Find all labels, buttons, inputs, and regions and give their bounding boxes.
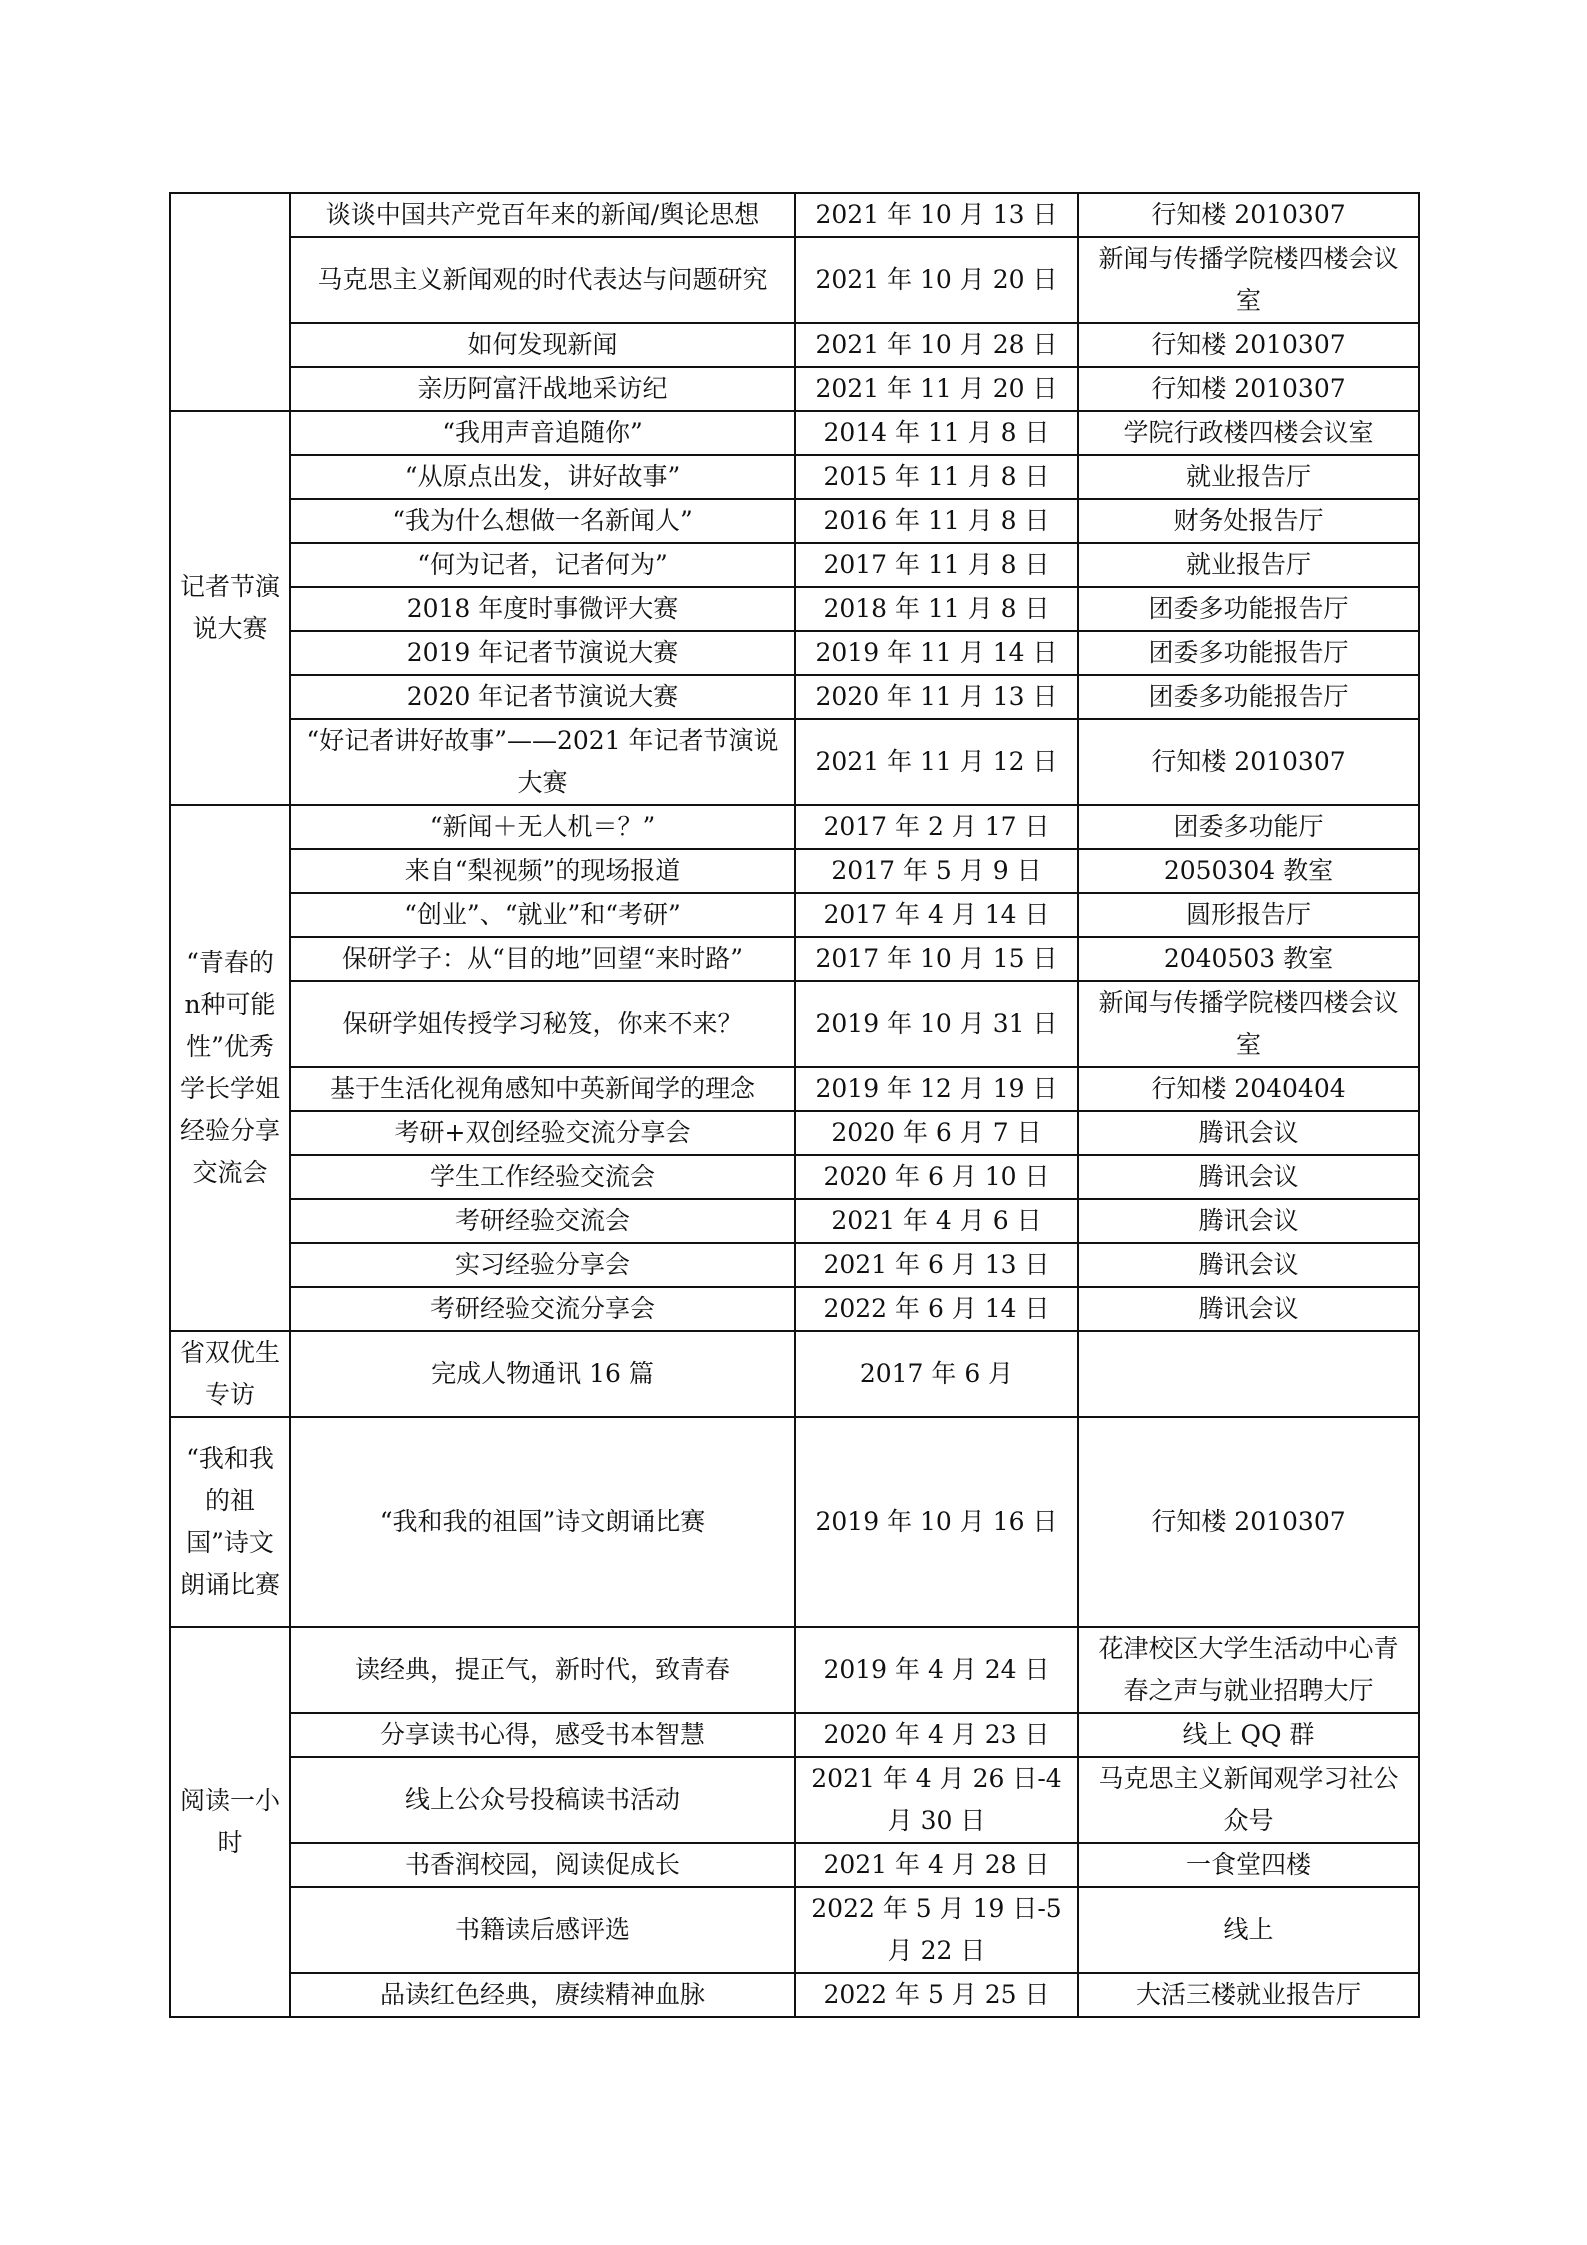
date-cell: 2018 年 11 月 8 日	[795, 587, 1078, 631]
activity-title-cell: “我用声音追随你”	[290, 411, 795, 455]
date-cell: 2019 年 10 月 31 日	[795, 981, 1078, 1067]
category-cell: “我和我的祖国”诗文朗诵比赛	[170, 1417, 290, 1627]
table-row: “何为记者，记者何为”2017 年 11 月 8 日就业报告厅	[170, 543, 1419, 587]
document-page: 谈谈中国共产党百年来的新闻/舆论思想2021 年 10 月 13 日行知楼 20…	[0, 0, 1587, 2245]
activity-title-cell: “我为什么想做一名新闻人”	[290, 499, 795, 543]
location-cell: 新闻与传播学院楼四楼会议室	[1078, 981, 1419, 1067]
date-cell: 2021 年 10 月 13 日	[795, 193, 1078, 237]
table-row: 线上公众号投稿读书活动2021 年 4 月 26 日-4 月 30 日马克思主义…	[170, 1757, 1419, 1843]
location-cell: 行知楼 2010307	[1078, 193, 1419, 237]
location-cell: 腾讯会议	[1078, 1111, 1419, 1155]
date-cell: 2022 年 5 月 25 日	[795, 1973, 1078, 2017]
activity-title-cell: “从原点出发，讲好故事”	[290, 455, 795, 499]
activity-title-cell: 来自“梨视频”的现场报道	[290, 849, 795, 893]
location-cell: 腾讯会议	[1078, 1287, 1419, 1331]
activity-title-cell: 考研经验交流分享会	[290, 1287, 795, 1331]
activity-title-cell: 谈谈中国共产党百年来的新闻/舆论思想	[290, 193, 795, 237]
activity-title-cell: 保研学子：从“目的地”回望“来时路”	[290, 937, 795, 981]
location-cell: 线上 QQ 群	[1078, 1713, 1419, 1757]
table-row: 2020 年记者节演说大赛2020 年 11 月 13 日团委多功能报告厅	[170, 675, 1419, 719]
table-row: 谈谈中国共产党百年来的新闻/舆论思想2021 年 10 月 13 日行知楼 20…	[170, 193, 1419, 237]
activity-title-cell: 实习经验分享会	[290, 1243, 795, 1287]
table-row: 基于生活化视角感知中英新闻学的理念2019 年 12 月 19 日行知楼 204…	[170, 1067, 1419, 1111]
location-cell: 就业报告厅	[1078, 543, 1419, 587]
table-row: 保研学姐传授学习秘笈，你来不来？2019 年 10 月 31 日新闻与传播学院楼…	[170, 981, 1419, 1067]
date-cell: 2017 年 6 月	[795, 1331, 1078, 1417]
activity-title-cell: “新闻＋无人机＝？”	[290, 805, 795, 849]
table-row: 考研经验交流会2021 年 4 月 6 日腾讯会议	[170, 1199, 1419, 1243]
table-row: 来自“梨视频”的现场报道2017 年 5 月 9 日2050304 教室	[170, 849, 1419, 893]
table-row: 书香润校园，阅读促成长2021 年 4 月 28 日一食堂四楼	[170, 1843, 1419, 1887]
table-row: “从原点出发，讲好故事”2015 年 11 月 8 日就业报告厅	[170, 455, 1419, 499]
location-cell: 行知楼 2010307	[1078, 367, 1419, 411]
table-row: “我和我的祖国”诗文朗诵比赛“我和我的祖国”诗文朗诵比赛2019 年 10 月 …	[170, 1417, 1419, 1627]
activity-title-cell: 书籍读后感评选	[290, 1887, 795, 1973]
location-cell: 团委多功能厅	[1078, 805, 1419, 849]
activity-table-body: 谈谈中国共产党百年来的新闻/舆论思想2021 年 10 月 13 日行知楼 20…	[170, 193, 1419, 2017]
date-cell: 2021 年 10 月 28 日	[795, 323, 1078, 367]
date-cell: 2020 年 11 月 13 日	[795, 675, 1078, 719]
date-cell: 2021 年 4 月 6 日	[795, 1199, 1078, 1243]
activity-title-cell: 2018 年度时事微评大赛	[290, 587, 795, 631]
date-cell: 2021 年 10 月 20 日	[795, 237, 1078, 323]
location-cell: 腾讯会议	[1078, 1243, 1419, 1287]
date-cell: 2021 年 11 月 12 日	[795, 719, 1078, 805]
date-cell: 2020 年 6 月 10 日	[795, 1155, 1078, 1199]
activity-title-cell: 线上公众号投稿读书活动	[290, 1757, 795, 1843]
date-cell: 2022 年 5 月 19 日-5 月 22 日	[795, 1887, 1078, 1973]
location-cell: 财务处报告厅	[1078, 499, 1419, 543]
date-cell: 2017 年 10 月 15 日	[795, 937, 1078, 981]
location-cell: 行知楼 2040404	[1078, 1067, 1419, 1111]
activity-title-cell: 保研学姐传授学习秘笈，你来不来？	[290, 981, 795, 1067]
location-cell: 2040503 教室	[1078, 937, 1419, 981]
activity-title-cell: 马克思主义新闻观的时代表达与问题研究	[290, 237, 795, 323]
location-cell: 学院行政楼四楼会议室	[1078, 411, 1419, 455]
date-cell: 2020 年 4 月 23 日	[795, 1713, 1078, 1757]
activity-title-cell: 分享读书心得，感受书本智慧	[290, 1713, 795, 1757]
activity-title-cell: 如何发现新闻	[290, 323, 795, 367]
category-cell: 记者节演说大赛	[170, 411, 290, 805]
table-row: 书籍读后感评选2022 年 5 月 19 日-5 月 22 日线上	[170, 1887, 1419, 1973]
table-row: 考研经验交流分享会2022 年 6 月 14 日腾讯会议	[170, 1287, 1419, 1331]
location-cell: 大活三楼就业报告厅	[1078, 1973, 1419, 2017]
activity-title-cell: 考研经验交流会	[290, 1199, 795, 1243]
location-cell: 团委多功能报告厅	[1078, 631, 1419, 675]
date-cell: 2016 年 11 月 8 日	[795, 499, 1078, 543]
activity-title-cell: “我和我的祖国”诗文朗诵比赛	[290, 1417, 795, 1627]
table-row: 省双优生专访完成人物通讯 16 篇2017 年 6 月	[170, 1331, 1419, 1417]
location-cell: 一食堂四楼	[1078, 1843, 1419, 1887]
category-cell: 省双优生专访	[170, 1331, 290, 1417]
activity-table: 谈谈中国共产党百年来的新闻/舆论思想2021 年 10 月 13 日行知楼 20…	[169, 192, 1420, 2018]
activity-title-cell: 2020 年记者节演说大赛	[290, 675, 795, 719]
activity-title-cell: 学生工作经验交流会	[290, 1155, 795, 1199]
date-cell: 2014 年 11 月 8 日	[795, 411, 1078, 455]
date-cell: 2017 年 4 月 14 日	[795, 893, 1078, 937]
category-cell	[170, 193, 290, 411]
location-cell: 2050304 教室	[1078, 849, 1419, 893]
location-cell: 线上	[1078, 1887, 1419, 1973]
activity-title-cell: 书香润校园，阅读促成长	[290, 1843, 795, 1887]
location-cell: 行知楼 2010307	[1078, 1417, 1419, 1627]
table-row: 阅读一小时读经典，提正气，新时代，致青春2019 年 4 月 24 日花津校区大…	[170, 1627, 1419, 1713]
date-cell: 2020 年 6 月 7 日	[795, 1111, 1078, 1155]
table-row: 保研学子：从“目的地”回望“来时路”2017 年 10 月 15 日204050…	[170, 937, 1419, 981]
location-cell: 新闻与传播学院楼四楼会议室	[1078, 237, 1419, 323]
activity-title-cell: 读经典，提正气，新时代，致青春	[290, 1627, 795, 1713]
date-cell: 2017 年 11 月 8 日	[795, 543, 1078, 587]
table-row: 考研+双创经验交流分享会2020 年 6 月 7 日腾讯会议	[170, 1111, 1419, 1155]
table-row: “创业”、“就业”和“考研”2017 年 4 月 14 日圆形报告厅	[170, 893, 1419, 937]
location-cell: 行知楼 2010307	[1078, 323, 1419, 367]
activity-title-cell: 完成人物通讯 16 篇	[290, 1331, 795, 1417]
location-cell	[1078, 1331, 1419, 1417]
date-cell: 2019 年 10 月 16 日	[795, 1417, 1078, 1627]
activity-title-cell: 考研+双创经验交流分享会	[290, 1111, 795, 1155]
activity-title-cell: “创业”、“就业”和“考研”	[290, 893, 795, 937]
activity-title-cell: “何为记者，记者何为”	[290, 543, 795, 587]
date-cell: 2021 年 6 月 13 日	[795, 1243, 1078, 1287]
location-cell: 花津校区大学生活动中心青春之声与就业招聘大厅	[1078, 1627, 1419, 1713]
location-cell: 腾讯会议	[1078, 1199, 1419, 1243]
table-row: 实习经验分享会2021 年 6 月 13 日腾讯会议	[170, 1243, 1419, 1287]
table-row: 学生工作经验交流会2020 年 6 月 10 日腾讯会议	[170, 1155, 1419, 1199]
activity-title-cell: 品读红色经典，赓续精神血脉	[290, 1973, 795, 2017]
activity-title-cell: 亲历阿富汗战地采访纪	[290, 367, 795, 411]
location-cell: 圆形报告厅	[1078, 893, 1419, 937]
table-row: 如何发现新闻2021 年 10 月 28 日行知楼 2010307	[170, 323, 1419, 367]
table-row: “好记者讲好故事”——2021 年记者节演说大赛2021 年 11 月 12 日…	[170, 719, 1419, 805]
location-cell: 马克思主义新闻观学习社公众号	[1078, 1757, 1419, 1843]
date-cell: 2015 年 11 月 8 日	[795, 455, 1078, 499]
table-row: “青春的n种可能性”优秀学长学姐经验分享交流会“新闻＋无人机＝？”2017 年 …	[170, 805, 1419, 849]
date-cell: 2021 年 4 月 28 日	[795, 1843, 1078, 1887]
table-row: 2019 年记者节演说大赛2019 年 11 月 14 日团委多功能报告厅	[170, 631, 1419, 675]
location-cell: 团委多功能报告厅	[1078, 587, 1419, 631]
activity-title-cell: 2019 年记者节演说大赛	[290, 631, 795, 675]
location-cell: 就业报告厅	[1078, 455, 1419, 499]
table-row: 2018 年度时事微评大赛2018 年 11 月 8 日团委多功能报告厅	[170, 587, 1419, 631]
date-cell: 2021 年 11 月 20 日	[795, 367, 1078, 411]
location-cell: 行知楼 2010307	[1078, 719, 1419, 805]
date-cell: 2017 年 2 月 17 日	[795, 805, 1078, 849]
table-row: 亲历阿富汗战地采访纪2021 年 11 月 20 日行知楼 2010307	[170, 367, 1419, 411]
date-cell: 2019 年 12 月 19 日	[795, 1067, 1078, 1111]
table-row: 分享读书心得，感受书本智慧2020 年 4 月 23 日线上 QQ 群	[170, 1713, 1419, 1757]
activity-title-cell: 基于生活化视角感知中英新闻学的理念	[290, 1067, 795, 1111]
category-cell: “青春的n种可能性”优秀学长学姐经验分享交流会	[170, 805, 290, 1331]
location-cell: 团委多功能报告厅	[1078, 675, 1419, 719]
date-cell: 2019 年 4 月 24 日	[795, 1627, 1078, 1713]
category-cell: 阅读一小时	[170, 1627, 290, 2017]
date-cell: 2019 年 11 月 14 日	[795, 631, 1078, 675]
date-cell: 2022 年 6 月 14 日	[795, 1287, 1078, 1331]
table-row: “我为什么想做一名新闻人”2016 年 11 月 8 日财务处报告厅	[170, 499, 1419, 543]
table-row: 品读红色经典，赓续精神血脉2022 年 5 月 25 日大活三楼就业报告厅	[170, 1973, 1419, 2017]
location-cell: 腾讯会议	[1078, 1155, 1419, 1199]
date-cell: 2017 年 5 月 9 日	[795, 849, 1078, 893]
activity-title-cell: “好记者讲好故事”——2021 年记者节演说大赛	[290, 719, 795, 805]
table-row: 马克思主义新闻观的时代表达与问题研究2021 年 10 月 20 日新闻与传播学…	[170, 237, 1419, 323]
table-row: 记者节演说大赛“我用声音追随你”2014 年 11 月 8 日学院行政楼四楼会议…	[170, 411, 1419, 455]
date-cell: 2021 年 4 月 26 日-4 月 30 日	[795, 1757, 1078, 1843]
